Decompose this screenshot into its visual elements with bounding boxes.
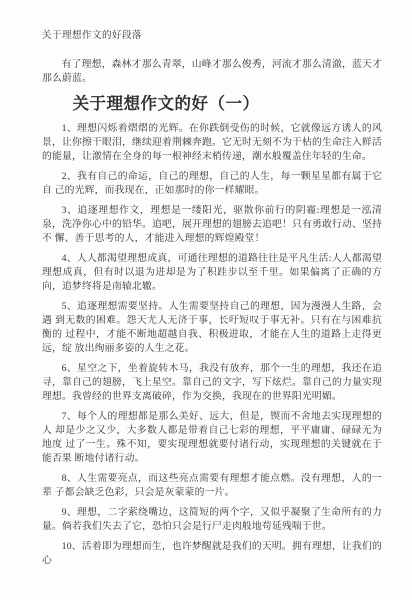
section-heading: 关于理想作文的好（一） — [42, 92, 382, 116]
paragraph-10: 10、活着即为理想而生，也许梦醒就是我们的天明。拥有理想，让我们的 心 — [42, 540, 382, 568]
paragraph-3: 3、追逐理想作文，理想是一缕阳光，驱散你前行的阴霾:理想是一泓清 泉，洗净你心中… — [42, 204, 382, 246]
paragraph-2: 2、我有自己的命运，自己的理想，自己的人生，每一颗星星都有属于它自 己的光辉，而… — [42, 170, 382, 198]
paragraph-9: 9、理想，二字萦绕嘴边，这简短的两个字，又似乎凝聚了生命所有的力 量。倘若我们失… — [42, 506, 382, 534]
document-page: 关于理想作文的好段落 有了理想，森林才那么青翠，山峰才那么俊秀，河流才那么清澈，… — [0, 0, 412, 600]
paragraph-1: 1、理想闪烁着熠熠的光辉。在你跌倒受伤的时候，它就像远方诱人的风 景，让你擦干眼… — [42, 122, 382, 164]
paragraph-7: 7、每个人的理想都是那么美好、远大，但是，锲而不舍地去实现理想的人 却是少之又少… — [42, 410, 382, 466]
paragraph-8: 8、人生需要亮点，而这些亮点需要有理想才能点燃。没有理想，人的一辈 子都会缺乏色… — [42, 472, 382, 500]
doc-title: 关于理想作文的好段落 — [42, 30, 382, 42]
paragraph-5: 5、追逐理想需要坚持。人生需要坚持自己的理想，因为漫漫人生路，会遇 到无数的困难… — [42, 300, 382, 356]
paragraph-6: 6、星空之下，坐着旋转木马，我没有放弃，那个一生的理想，我还在追 寻，靠自己的翅… — [42, 362, 382, 404]
paragraph-4: 4、人人都渴望理想成真，可通往理想的道路往往是平凡生活:人人都渴望 理想成真，但… — [42, 252, 382, 294]
intro-paragraph: 有了理想，森林才那么青翠，山峰才那么俊秀，河流才那么清澈，蓝天才 那么蔚蓝。 — [42, 58, 382, 86]
